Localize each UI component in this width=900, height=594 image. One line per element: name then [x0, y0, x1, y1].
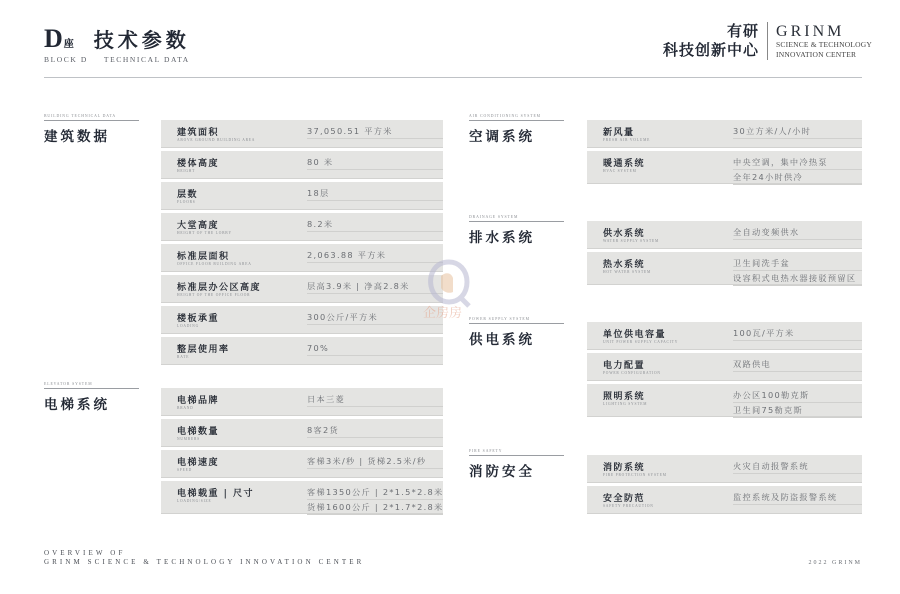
section-heading-fire: FIRE SAFETY 消防安全 — [469, 448, 564, 480]
page-title: 技术参数 — [94, 24, 190, 53]
row-label: 楼板承重 — [177, 311, 219, 324]
row-label: 热水系统 — [603, 257, 645, 270]
table-elevator: 电梯品牌BRAND日本三菱电梯数量NUMBERS8客2货电梯速度SPEED客梯3… — [161, 388, 443, 517]
row-value: 中央空调，集中冷热泵 — [733, 155, 828, 170]
value-underline — [733, 239, 862, 240]
section-en-label: ELEVATOR SYSTEM — [44, 381, 139, 387]
header-divider — [44, 77, 862, 78]
section-cn-title: 排水系统 — [469, 226, 564, 246]
section-rule — [469, 455, 564, 456]
section-rule — [469, 323, 564, 324]
table-row: 电力配置POWER CONFIGURATION双路供电 — [587, 353, 862, 381]
section-en-label: AIR CONDITIONING SYSTEM — [469, 113, 564, 119]
section-en-label: POWER SUPPLY SYSTEM — [469, 316, 564, 322]
row-value: 客梯1350公斤 | 2*1.5*2.8米 — [307, 485, 443, 500]
row-value: 80 米 — [307, 155, 333, 170]
table-row: 供水系统WATER SUPPLY SYSTEM全自动变频供水 — [587, 221, 862, 249]
watermark: 企房房 — [419, 258, 479, 338]
section-heading-drainage: DRAINAGE SYSTEM 排水系统 — [469, 214, 564, 246]
row-label: 电力配置 — [603, 358, 645, 371]
row-value: 8客2货 — [307, 423, 339, 438]
logo-en-line1: SCIENCE & TECHNOLOGY — [776, 40, 872, 50]
row-label: 标准层面积 — [177, 249, 230, 262]
section-cn-title: 供电系统 — [469, 328, 564, 348]
table-row: 单位供电容量UNIT POWER SUPPLY CAPACITY100瓦/平方米 — [587, 322, 862, 350]
section-en-label: FIRE SAFETY — [469, 448, 564, 454]
table-building: 建筑面积ABOVE GROUND BUILDING AREA37,050.51 … — [161, 120, 443, 368]
logo-en: GRINM SCIENCE & TECHNOLOGY INNOVATION CE… — [768, 23, 872, 60]
section-en-label: BUILDING TECHNICAL DATA — [44, 113, 139, 119]
value-underline — [733, 285, 862, 286]
logo-cn: 有研 科技创新中心 — [663, 22, 768, 60]
table-row: 楼体高度HEIGHT80 米 — [161, 151, 443, 179]
row-label: 电梯速度 — [177, 455, 219, 468]
subtitle-title: TECHNICAL DATA — [104, 55, 190, 64]
subtitle-block: BLOCK D — [44, 55, 88, 64]
value-underline — [733, 371, 862, 372]
row-label: 电梯品牌 — [177, 393, 219, 406]
block-letter: D — [44, 24, 62, 54]
row-label-en: POWER CONFIGURATION — [603, 371, 661, 375]
section-rule — [469, 120, 564, 121]
table-row: 标准层面积OFFICE FLOOR BUILDING AREA2,063.88 … — [161, 244, 443, 272]
table-row: 照明系统LIGHTING SYSTEM办公区100勒克斯卫生间75勒克斯 — [587, 384, 862, 417]
row-value: 层高3.9米 | 净高2.8米 — [307, 279, 410, 294]
logo-cn-line1: 有研 — [663, 22, 759, 41]
value-underline — [307, 468, 443, 469]
table-row: 电梯速度SPEED客梯3米/秒 | 货梯2.5米/秒 — [161, 450, 443, 478]
value-underline — [733, 340, 862, 341]
section-rule — [44, 388, 139, 389]
row-label-en: FRESH AIR VOLUME — [603, 138, 650, 142]
row-label-en: LOADING — [177, 324, 199, 328]
table-row: 新风量FRESH AIR VOLUME30立方米/人/小时 — [587, 120, 862, 148]
row-label-en: HOT WATER SYSTEM — [603, 270, 651, 274]
table-row: 楼板承重LOADING300公斤/平方米 — [161, 306, 443, 334]
row-label-en: OFFICE FLOOR BUILDING AREA — [177, 262, 252, 266]
table-power: 单位供电容量UNIT POWER SUPPLY CAPACITY100瓦/平方米… — [587, 322, 862, 420]
table-row: 标准层办公区高度HEIGHT OF THE OFFICE FLOOR层高3.9米… — [161, 275, 443, 303]
row-value: 18层 — [307, 186, 330, 201]
row-label: 照明系统 — [603, 389, 645, 402]
table-drainage: 供水系统WATER SUPPLY SYSTEM全自动变频供水热水系统HOT WA… — [587, 221, 862, 288]
row-label: 单位供电容量 — [603, 327, 666, 340]
section-rule — [469, 221, 564, 222]
value-underline — [307, 406, 443, 407]
row-label-en: RATE — [177, 355, 189, 359]
value-underline — [307, 514, 443, 515]
logo-en-line2: INNOVATION CENTER — [776, 50, 872, 60]
value-underline — [733, 473, 862, 474]
section-cn-title: 电梯系统 — [44, 393, 139, 413]
value-underline — [307, 200, 443, 201]
table-row: 热水系统HOT WATER SYSTEM卫生间洗手盆设容积式电热水器接驳预留区 — [587, 252, 862, 285]
section-cn-title: 消防安全 — [469, 460, 564, 480]
row-value: 300公斤/平方米 — [307, 310, 378, 325]
row-label-en: HEIGHT OF THE OFFICE FLOOR — [177, 293, 250, 297]
row-label-en: FLOORS — [177, 200, 196, 204]
table-row: 电梯载重 | 尺寸LOADING/SIZE客梯1350公斤 | 2*1.5*2.… — [161, 481, 443, 514]
row-value: 2,063.88 平方米 — [307, 248, 386, 263]
footer-line2: GRINM SCIENCE & TECHNOLOGY INNOVATION CE… — [44, 558, 364, 567]
footer-title: OVERVIEW OF GRINM SCIENCE & TECHNOLOGY I… — [44, 549, 364, 567]
row-label-en: HEIGHT — [177, 169, 195, 173]
value-underline — [733, 184, 862, 185]
block-suffix: 座 — [64, 35, 74, 50]
page-header: D座技术参数 — [44, 24, 190, 54]
table-row: 消防系统FIRE PROTECTION SYSTEM火灾自动报警系统 — [587, 455, 862, 483]
table-row: 层数FLOORS18层 — [161, 182, 443, 210]
logo-en-name: GRINM — [776, 23, 872, 40]
row-value: 办公区100勒克斯 — [733, 388, 809, 403]
row-value: 监控系统及防盗报警系统 — [733, 490, 837, 505]
row-label-en: HEIGHT OF THE LOBBY — [177, 231, 232, 235]
brand-logo: 有研 科技创新中心 GRINM SCIENCE & TECHNOLOGY INN… — [663, 22, 872, 60]
row-label: 供水系统 — [603, 226, 645, 239]
section-en-label: DRAINAGE SYSTEM — [469, 214, 564, 220]
row-label: 建筑面积 — [177, 125, 219, 138]
row-label-en: NUMBERS — [177, 437, 200, 441]
watermark-text: 企房房 — [423, 302, 462, 321]
table-row: 安全防范SAFETY PRECAUTION监控系统及防盗报警系统 — [587, 486, 862, 514]
row-value: 全自动变频供水 — [733, 225, 799, 240]
row-label: 新风量 — [603, 125, 635, 138]
value-underline — [307, 169, 443, 170]
section-cn-title: 空调系统 — [469, 125, 564, 145]
section-cn-title: 建筑数据 — [44, 125, 139, 145]
row-value: 37,050.51 平方米 — [307, 124, 393, 139]
row-label-en: LIGHTING SYSTEM — [603, 402, 647, 406]
value-underline — [307, 437, 443, 438]
row-label-en: BRAND — [177, 406, 194, 410]
row-label: 标准层办公区高度 — [177, 280, 261, 293]
row-label: 层数 — [177, 187, 198, 200]
value-underline — [733, 417, 862, 418]
row-label-en: UNIT POWER SUPPLY CAPACITY — [603, 340, 678, 344]
logo-cn-line2: 科技创新中心 — [663, 41, 759, 60]
table-fire: 消防系统FIRE PROTECTION SYSTEM火灾自动报警系统安全防范SA… — [587, 455, 862, 517]
watermark-logo-icon — [419, 258, 479, 308]
row-label-en: SPEED — [177, 468, 192, 472]
row-label-en: WATER SUPPLY SYSTEM — [603, 239, 659, 243]
table-row: 建筑面积ABOVE GROUND BUILDING AREA37,050.51 … — [161, 120, 443, 148]
row-value: 双路供电 — [733, 357, 771, 372]
row-label: 暖通系统 — [603, 156, 645, 169]
page-subtitle: BLOCK DTECHNICAL DATA — [44, 55, 190, 64]
section-heading-power: POWER SUPPLY SYSTEM 供电系统 — [469, 316, 564, 348]
footer-brand: 2022 GRINM — [808, 560, 862, 566]
footer-line1: OVERVIEW OF — [44, 549, 364, 558]
row-label: 电梯数量 — [177, 424, 219, 437]
value-underline — [307, 138, 443, 139]
row-label-en: FIRE PROTECTION SYSTEM — [603, 473, 667, 477]
section-heading-elevator: ELEVATOR SYSTEM 电梯系统 — [44, 381, 139, 413]
section-rule — [44, 120, 139, 121]
row-value: 客梯3米/秒 | 货梯2.5米/秒 — [307, 454, 426, 469]
table-air: 新风量FRESH AIR VOLUME30立方米/人/小时暖通系统HVAC SY… — [587, 120, 862, 187]
row-label: 大堂高度 — [177, 218, 219, 231]
row-label: 整层使用率 — [177, 342, 230, 355]
row-value: 日本三菱 — [307, 392, 345, 407]
table-row: 电梯品牌BRAND日本三菱 — [161, 388, 443, 416]
row-label: 消防系统 — [603, 460, 645, 473]
row-label-en: HVAC SYSTEM — [603, 169, 637, 173]
row-label: 电梯载重 | 尺寸 — [177, 486, 254, 499]
row-value: 70% — [307, 341, 329, 356]
row-value: 设容积式电热水器接驳预留区 — [733, 271, 856, 286]
row-value: 卫生间洗手盆 — [733, 256, 790, 271]
section-heading-building: BUILDING TECHNICAL DATA 建筑数据 — [44, 113, 139, 145]
table-row: 暖通系统HVAC SYSTEM中央空调，集中冷热泵全年24小时供冷 — [587, 151, 862, 184]
value-underline — [307, 231, 443, 232]
row-value: 8.2米 — [307, 217, 333, 232]
row-value: 货梯1600公斤 | 2*1.7*2.8米 — [307, 500, 443, 515]
row-value: 30立方米/人/小时 — [733, 124, 811, 139]
table-row: 电梯数量NUMBERS8客2货 — [161, 419, 443, 447]
row-label-en: SAFETY PRECAUTION — [603, 504, 654, 508]
row-label: 安全防范 — [603, 491, 645, 504]
row-label-en: ABOVE GROUND BUILDING AREA — [177, 138, 255, 142]
row-value: 火灾自动报警系统 — [733, 459, 809, 474]
row-label-en: LOADING/SIZE — [177, 499, 212, 503]
table-row: 大堂高度HEIGHT OF THE LOBBY8.2米 — [161, 213, 443, 241]
row-value: 100瓦/平方米 — [733, 326, 795, 341]
value-underline — [307, 355, 443, 356]
row-value: 全年24小时供冷 — [733, 170, 803, 185]
row-value: 卫生间75勒克斯 — [733, 403, 803, 418]
table-row: 整层使用率RATE70% — [161, 337, 443, 365]
value-underline — [733, 504, 862, 505]
section-heading-air: AIR CONDITIONING SYSTEM 空调系统 — [469, 113, 564, 145]
row-label: 楼体高度 — [177, 156, 219, 169]
value-underline — [733, 138, 862, 139]
